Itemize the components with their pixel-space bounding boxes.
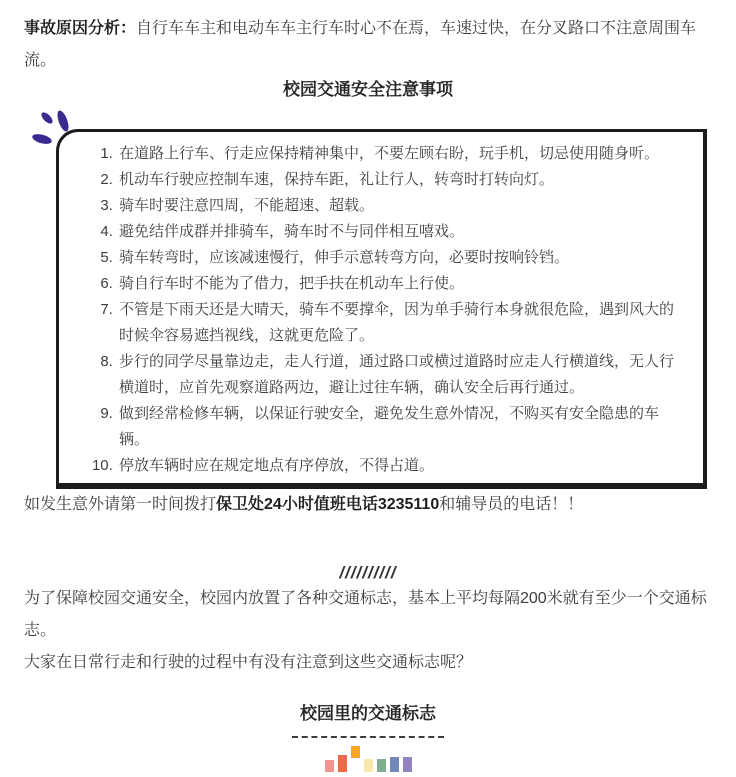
color-bar bbox=[364, 759, 373, 772]
safety-rule-item: 步行的同学尽量靠边走，走人行道，通过路口或横过道路时应走人行横道线，无人行横道时… bbox=[117, 349, 683, 401]
emergency-prefix: 如发生意外请第一时间拨打 bbox=[24, 496, 216, 513]
safety-rule-item: 骑车转弯时，应该减速慢行，伸手示意转弯方向，必要时按响铃铛。 bbox=[117, 245, 683, 271]
article: 事故原因分析：自行车车主和电动车车主行车时心不在焉，车速过快，在分叉路口不注意周… bbox=[0, 0, 736, 772]
safety-rule-item: 机动车行驶应控制车速，保持车距，礼让行人，转弯时打转向灯。 bbox=[117, 167, 683, 193]
safety-rule-item: 避免结伴成群并排骑车，骑车时不与同伴相互嘻戏。 bbox=[117, 219, 683, 245]
notice-box: 在道路上行车、行走应保持精神集中，不要左顾右盼，玩手机，切忌使用随身听。机动车行… bbox=[56, 129, 707, 489]
emergency-suffix: 和辅导员的电话！！ bbox=[439, 496, 583, 513]
section2-title: 校园里的交通标志 bbox=[24, 701, 712, 738]
color-bar bbox=[325, 760, 334, 772]
section2-title-text: 校园里的交通标志 bbox=[292, 701, 444, 738]
slash-divider: ////////// bbox=[24, 563, 712, 583]
safety-rule-item: 不管是下雨天还是大晴天，骑车不要撑伞，因为单手骑行本身就很危险，遇到风大的时候伞… bbox=[117, 297, 683, 349]
section2-header: 校园里的交通标志 bbox=[24, 701, 712, 772]
section1-title: 校园交通安全注意事项 bbox=[24, 77, 712, 103]
signs-question-paragraph: 大家在日常行走和行驶的过程中有没有注意到这些交通标志呢？ bbox=[24, 647, 712, 679]
color-bar bbox=[403, 757, 412, 772]
color-bar bbox=[377, 759, 386, 772]
color-bars-icon bbox=[24, 740, 712, 772]
safety-rule-item: 骑车时要注意四周，不能超速、超载。 bbox=[117, 193, 683, 219]
intro-label: 事故原因分析： bbox=[24, 20, 136, 37]
safety-rule-item: 在道路上行车、行走应保持精神集中，不要左顾右盼，玩手机，切忌使用随身听。 bbox=[117, 141, 683, 167]
emergency-paragraph: 如发生意外请第一时间拨打保卫处24小时值班电话3235110和辅导员的电话！！ bbox=[24, 489, 712, 521]
color-bar bbox=[338, 755, 347, 772]
sparkle-icon bbox=[30, 107, 82, 155]
color-bar bbox=[390, 757, 399, 772]
safety-rule-item: 骑自行车时不能为了借力，把手扶在机动车上行使。 bbox=[117, 271, 683, 297]
notice-box-wrap: 在道路上行车、行走应保持精神集中，不要左顾右盼，玩手机，切忌使用随身听。机动车行… bbox=[56, 129, 707, 489]
color-bar bbox=[351, 746, 360, 758]
emergency-phone: 保卫处24小时值班电话3235110 bbox=[216, 496, 439, 513]
safety-rule-item: 停放车辆时应在规定地点有序停放，不得占道。 bbox=[117, 453, 683, 479]
signs-intro-paragraph: 为了保障校园交通安全，校园内放置了各种交通标志，基本上平均每隔200米就有至少一… bbox=[24, 583, 712, 647]
safety-rules-list: 在道路上行车、行走应保持精神集中，不要左顾右盼，玩手机，切忌使用随身听。机动车行… bbox=[71, 141, 683, 479]
intro-paragraph: 事故原因分析：自行车车主和电动车车主行车时心不在焉，车速过快，在分叉路口不注意周… bbox=[24, 13, 712, 77]
safety-rule-item: 做到经常检修车辆，以保证行驶安全，避免发生意外情况，不购买有安全隐患的车辆。 bbox=[117, 401, 683, 453]
